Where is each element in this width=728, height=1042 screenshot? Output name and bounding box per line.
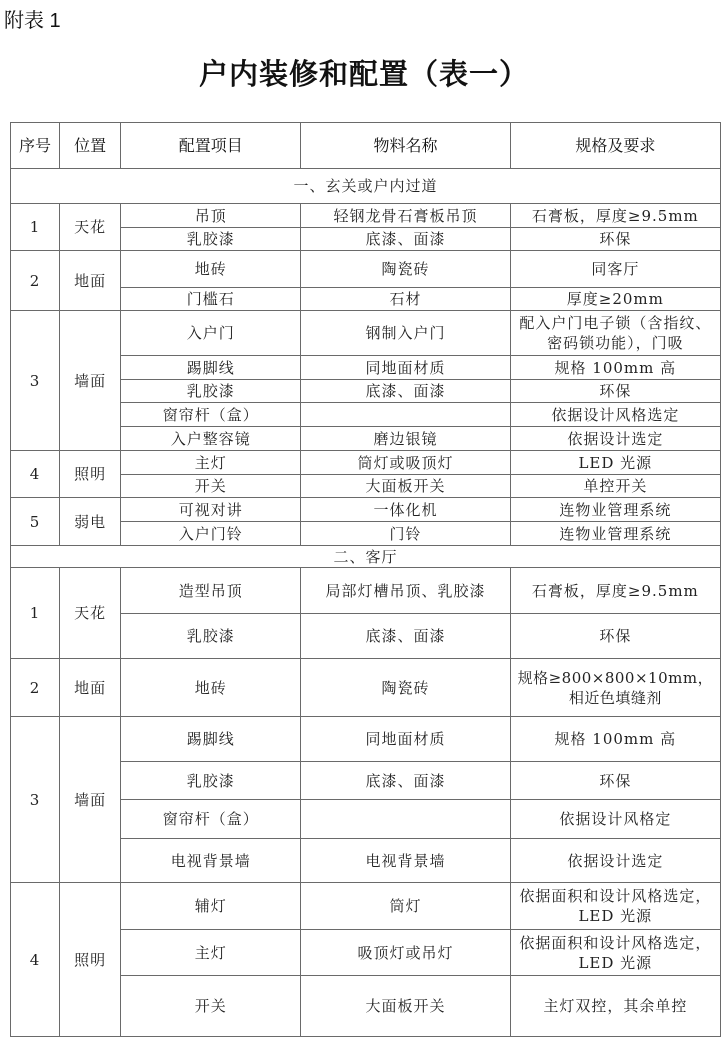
spec-cell: 环保: [510, 228, 720, 251]
table-row: 2 地面 地砖 陶瓷砖 规格≥800×800×10mm，相近色填缝剂: [11, 659, 721, 717]
header-item: 配置项目: [121, 123, 301, 169]
spec-cell: 连物业管理系统: [510, 522, 720, 546]
position-cell: 地面: [60, 659, 121, 717]
item-cell: 主灯: [121, 930, 301, 976]
page-title: 户内装修和配置（表一）: [0, 52, 728, 93]
material-cell: 筒灯: [301, 883, 510, 930]
spec-cell: 同客厅: [510, 251, 720, 288]
section-row: 二、客厅: [11, 546, 721, 568]
table-row: 2 地面 地砖 陶瓷砖 同客厅: [11, 251, 721, 288]
seq-cell: 2: [11, 251, 60, 311]
material-cell: 钢制入户门: [301, 311, 510, 356]
item-cell: 踢脚线: [121, 717, 301, 762]
spec-cell: 配入户门电子锁（含指纹、密码锁功能），门吸: [510, 311, 720, 356]
spec-cell: 石膏板，厚度≥9.5mm: [510, 568, 720, 614]
seq-cell: 3: [11, 311, 60, 451]
spec-cell: 依据面积和设计风格选定，LED 光源: [510, 883, 720, 930]
appendix-label: 附表 1: [4, 4, 61, 33]
item-cell: 窗帘杆（盒）: [121, 800, 301, 839]
item-cell: 开关: [121, 475, 301, 498]
table-row: 4 照明 辅灯 筒灯 依据面积和设计风格选定，LED 光源: [11, 883, 721, 930]
table-row: 3 墙面 踢脚线 同地面材质 规格 100mm 高: [11, 717, 721, 762]
spec-cell: 单控开关: [510, 475, 720, 498]
material-cell: 大面板开关: [301, 976, 510, 1037]
spec-cell: 规格 100mm 高: [510, 356, 720, 380]
item-cell: 吊顶: [121, 204, 301, 228]
seq-cell: 3: [11, 717, 60, 883]
spec-cell: 环保: [510, 380, 720, 403]
config-table: 序号 位置 配置项目 物料名称 规格及要求 一、玄关或户内过道 1 天花 吊顶 …: [10, 122, 721, 1037]
position-cell: 弱电: [60, 498, 121, 546]
material-cell: 吸顶灯或吊灯: [301, 930, 510, 976]
spec-cell: 厚度≥20mm: [510, 288, 720, 311]
header-position: 位置: [60, 123, 121, 169]
item-cell: 乳胶漆: [121, 228, 301, 251]
item-cell: 入户门铃: [121, 522, 301, 546]
spec-cell: 依据设计选定: [510, 427, 720, 451]
material-cell: 磨边银镜: [301, 427, 510, 451]
seq-cell: 4: [11, 883, 60, 1037]
seq-cell: 1: [11, 568, 60, 659]
header-spec: 规格及要求: [510, 123, 720, 169]
section-title: 一、玄关或户内过道: [11, 169, 721, 204]
item-cell: 乳胶漆: [121, 614, 301, 659]
spec-cell: 环保: [510, 762, 720, 800]
material-cell: 一体化机: [301, 498, 510, 522]
item-cell: 可视对讲: [121, 498, 301, 522]
material-cell: [301, 800, 510, 839]
position-cell: 墙面: [60, 717, 121, 883]
material-cell: 石材: [301, 288, 510, 311]
table-row: 1 天花 造型吊顶 局部灯槽吊顶、乳胶漆 石膏板，厚度≥9.5mm: [11, 568, 721, 614]
material-cell: 底漆、面漆: [301, 762, 510, 800]
header-seq: 序号: [11, 123, 60, 169]
item-cell: 造型吊顶: [121, 568, 301, 614]
seq-cell: 2: [11, 659, 60, 717]
material-cell: 同地面材质: [301, 356, 510, 380]
table-row: 5 弱电 可视对讲 一体化机 连物业管理系统: [11, 498, 721, 522]
item-cell: 电视背景墙: [121, 839, 301, 883]
spec-cell: 连物业管理系统: [510, 498, 720, 522]
spec-cell: 石膏板，厚度≥9.5mm: [510, 204, 720, 228]
header-seq-label: 序号: [19, 136, 51, 155]
position-cell: 天花: [60, 204, 121, 251]
material-cell: 底漆、面漆: [301, 228, 510, 251]
position-cell: 照明: [60, 883, 121, 1037]
item-cell: 主灯: [121, 451, 301, 475]
section-title: 二、客厅: [11, 546, 721, 568]
spec-cell: 依据设计风格选定: [510, 403, 720, 427]
spec-cell: 依据设计选定: [510, 839, 720, 883]
material-cell: 底漆、面漆: [301, 380, 510, 403]
seq-cell: 5: [11, 498, 60, 546]
spec-cell: LED 光源: [510, 451, 720, 475]
header-row: 序号 位置 配置项目 物料名称 规格及要求: [11, 123, 721, 169]
spec-cell: 规格≥800×800×10mm，相近色填缝剂: [510, 659, 720, 717]
position-cell: 照明: [60, 451, 121, 498]
header-material: 物料名称: [301, 123, 510, 169]
material-cell: 筒灯或吸顶灯: [301, 451, 510, 475]
item-cell: 地砖: [121, 659, 301, 717]
seq-cell: 1: [11, 204, 60, 251]
seq-cell: 4: [11, 451, 60, 498]
position-cell: 天花: [60, 568, 121, 659]
table-row: 4 照明 主灯 筒灯或吸顶灯 LED 光源: [11, 451, 721, 475]
item-cell: 窗帘杆（盒）: [121, 403, 301, 427]
item-cell: 开关: [121, 976, 301, 1037]
item-cell: 入户门: [121, 311, 301, 356]
table-row: 1 天花 吊顶 轻钢龙骨石膏板吊顶 石膏板，厚度≥9.5mm: [11, 204, 721, 228]
item-cell: 门槛石: [121, 288, 301, 311]
spec-cell: 环保: [510, 614, 720, 659]
item-cell: 乳胶漆: [121, 380, 301, 403]
material-cell: 局部灯槽吊顶、乳胶漆: [301, 568, 510, 614]
position-cell: 地面: [60, 251, 121, 311]
material-cell: 大面板开关: [301, 475, 510, 498]
material-cell: 陶瓷砖: [301, 251, 510, 288]
material-cell: 门铃: [301, 522, 510, 546]
table-row: 3 墙面 入户门 钢制入户门 配入户门电子锁（含指纹、密码锁功能），门吸: [11, 311, 721, 356]
material-cell: 轻钢龙骨石膏板吊顶: [301, 204, 510, 228]
material-cell: 电视背景墙: [301, 839, 510, 883]
position-cell: 墙面: [60, 311, 121, 451]
spec-cell: 主灯双控，其余单控: [510, 976, 720, 1037]
material-cell: [301, 403, 510, 427]
material-cell: 陶瓷砖: [301, 659, 510, 717]
material-cell: 同地面材质: [301, 717, 510, 762]
item-cell: 地砖: [121, 251, 301, 288]
item-cell: 乳胶漆: [121, 762, 301, 800]
item-cell: 踢脚线: [121, 356, 301, 380]
item-cell: 辅灯: [121, 883, 301, 930]
section-row: 一、玄关或户内过道: [11, 169, 721, 204]
spec-cell: 规格 100mm 高: [510, 717, 720, 762]
spec-cell: 依据面积和设计风格选定，LED 光源: [510, 930, 720, 976]
item-cell: 入户整容镜: [121, 427, 301, 451]
spec-cell: 依据设计风格定: [510, 800, 720, 839]
material-cell: 底漆、面漆: [301, 614, 510, 659]
